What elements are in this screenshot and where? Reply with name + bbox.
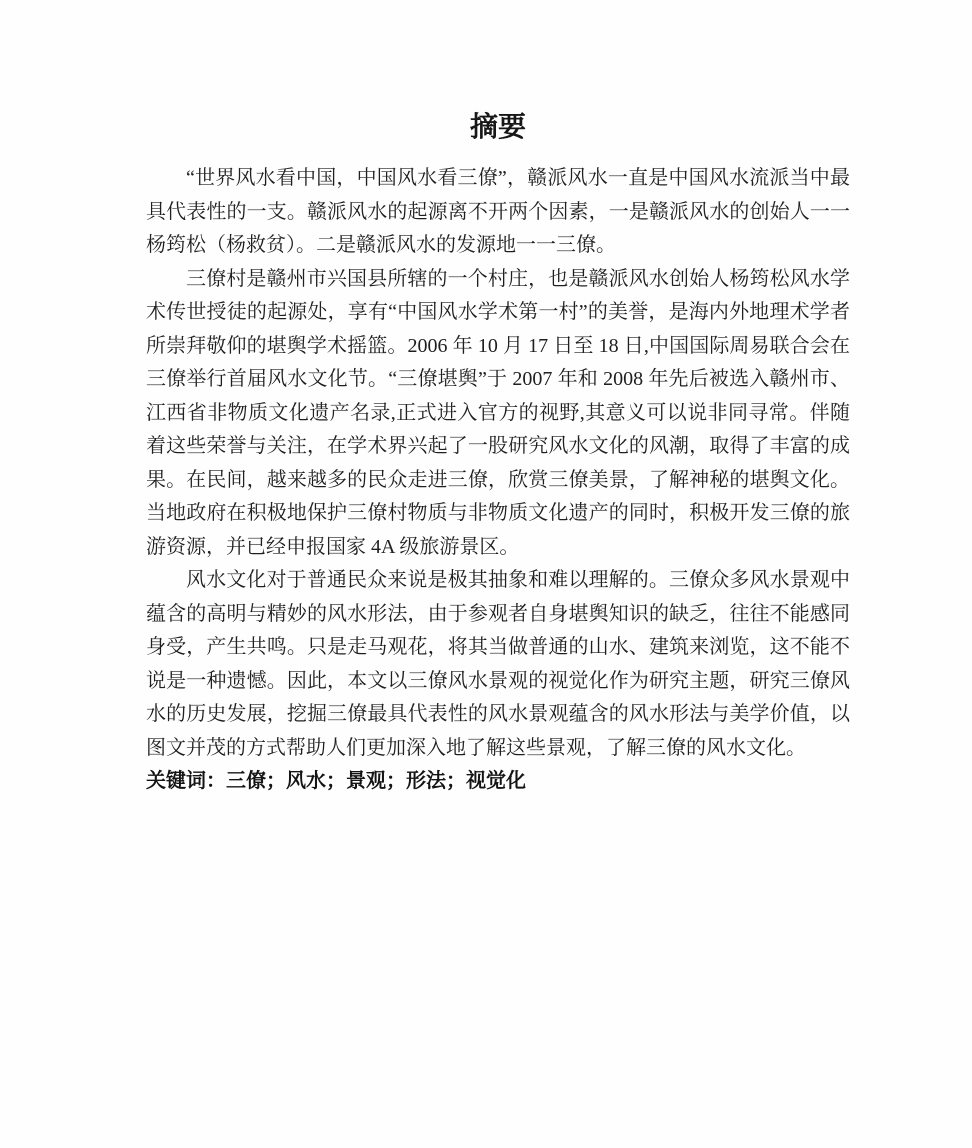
- keywords-label: 关键词：: [146, 770, 226, 792]
- abstract-page: 摘要 “世界风水看中国，中国风水看三僚”，赣派风水一直是中国风水流派当中最具代表…: [0, 0, 972, 1148]
- keywords-value: 三僚；风水；景观；形法；视觉化: [226, 770, 526, 792]
- page-title: 摘要: [146, 108, 850, 146]
- keywords-line: 关键词：三僚；风水；景观；形法；视觉化: [146, 765, 850, 799]
- paragraph-sanliao-village: 三僚村是赣州市兴国县所辖的一个村庄，也是赣派风水创始人杨筠松风水学术传世授徒的起…: [146, 263, 850, 565]
- paragraph-intro: “世界风水看中国，中国风水看三僚”，赣派风水一直是中国风水流派当中最具代表性的一…: [146, 162, 850, 263]
- abstract-body: “世界风水看中国，中国风水看三僚”，赣派风水一直是中国风水流派当中最具代表性的一…: [146, 162, 850, 799]
- paragraph-research-topic: 风水文化对于普通民众来说是极其抽象和难以理解的。三僚众多风水景观中蕴含的高明与精…: [146, 564, 850, 765]
